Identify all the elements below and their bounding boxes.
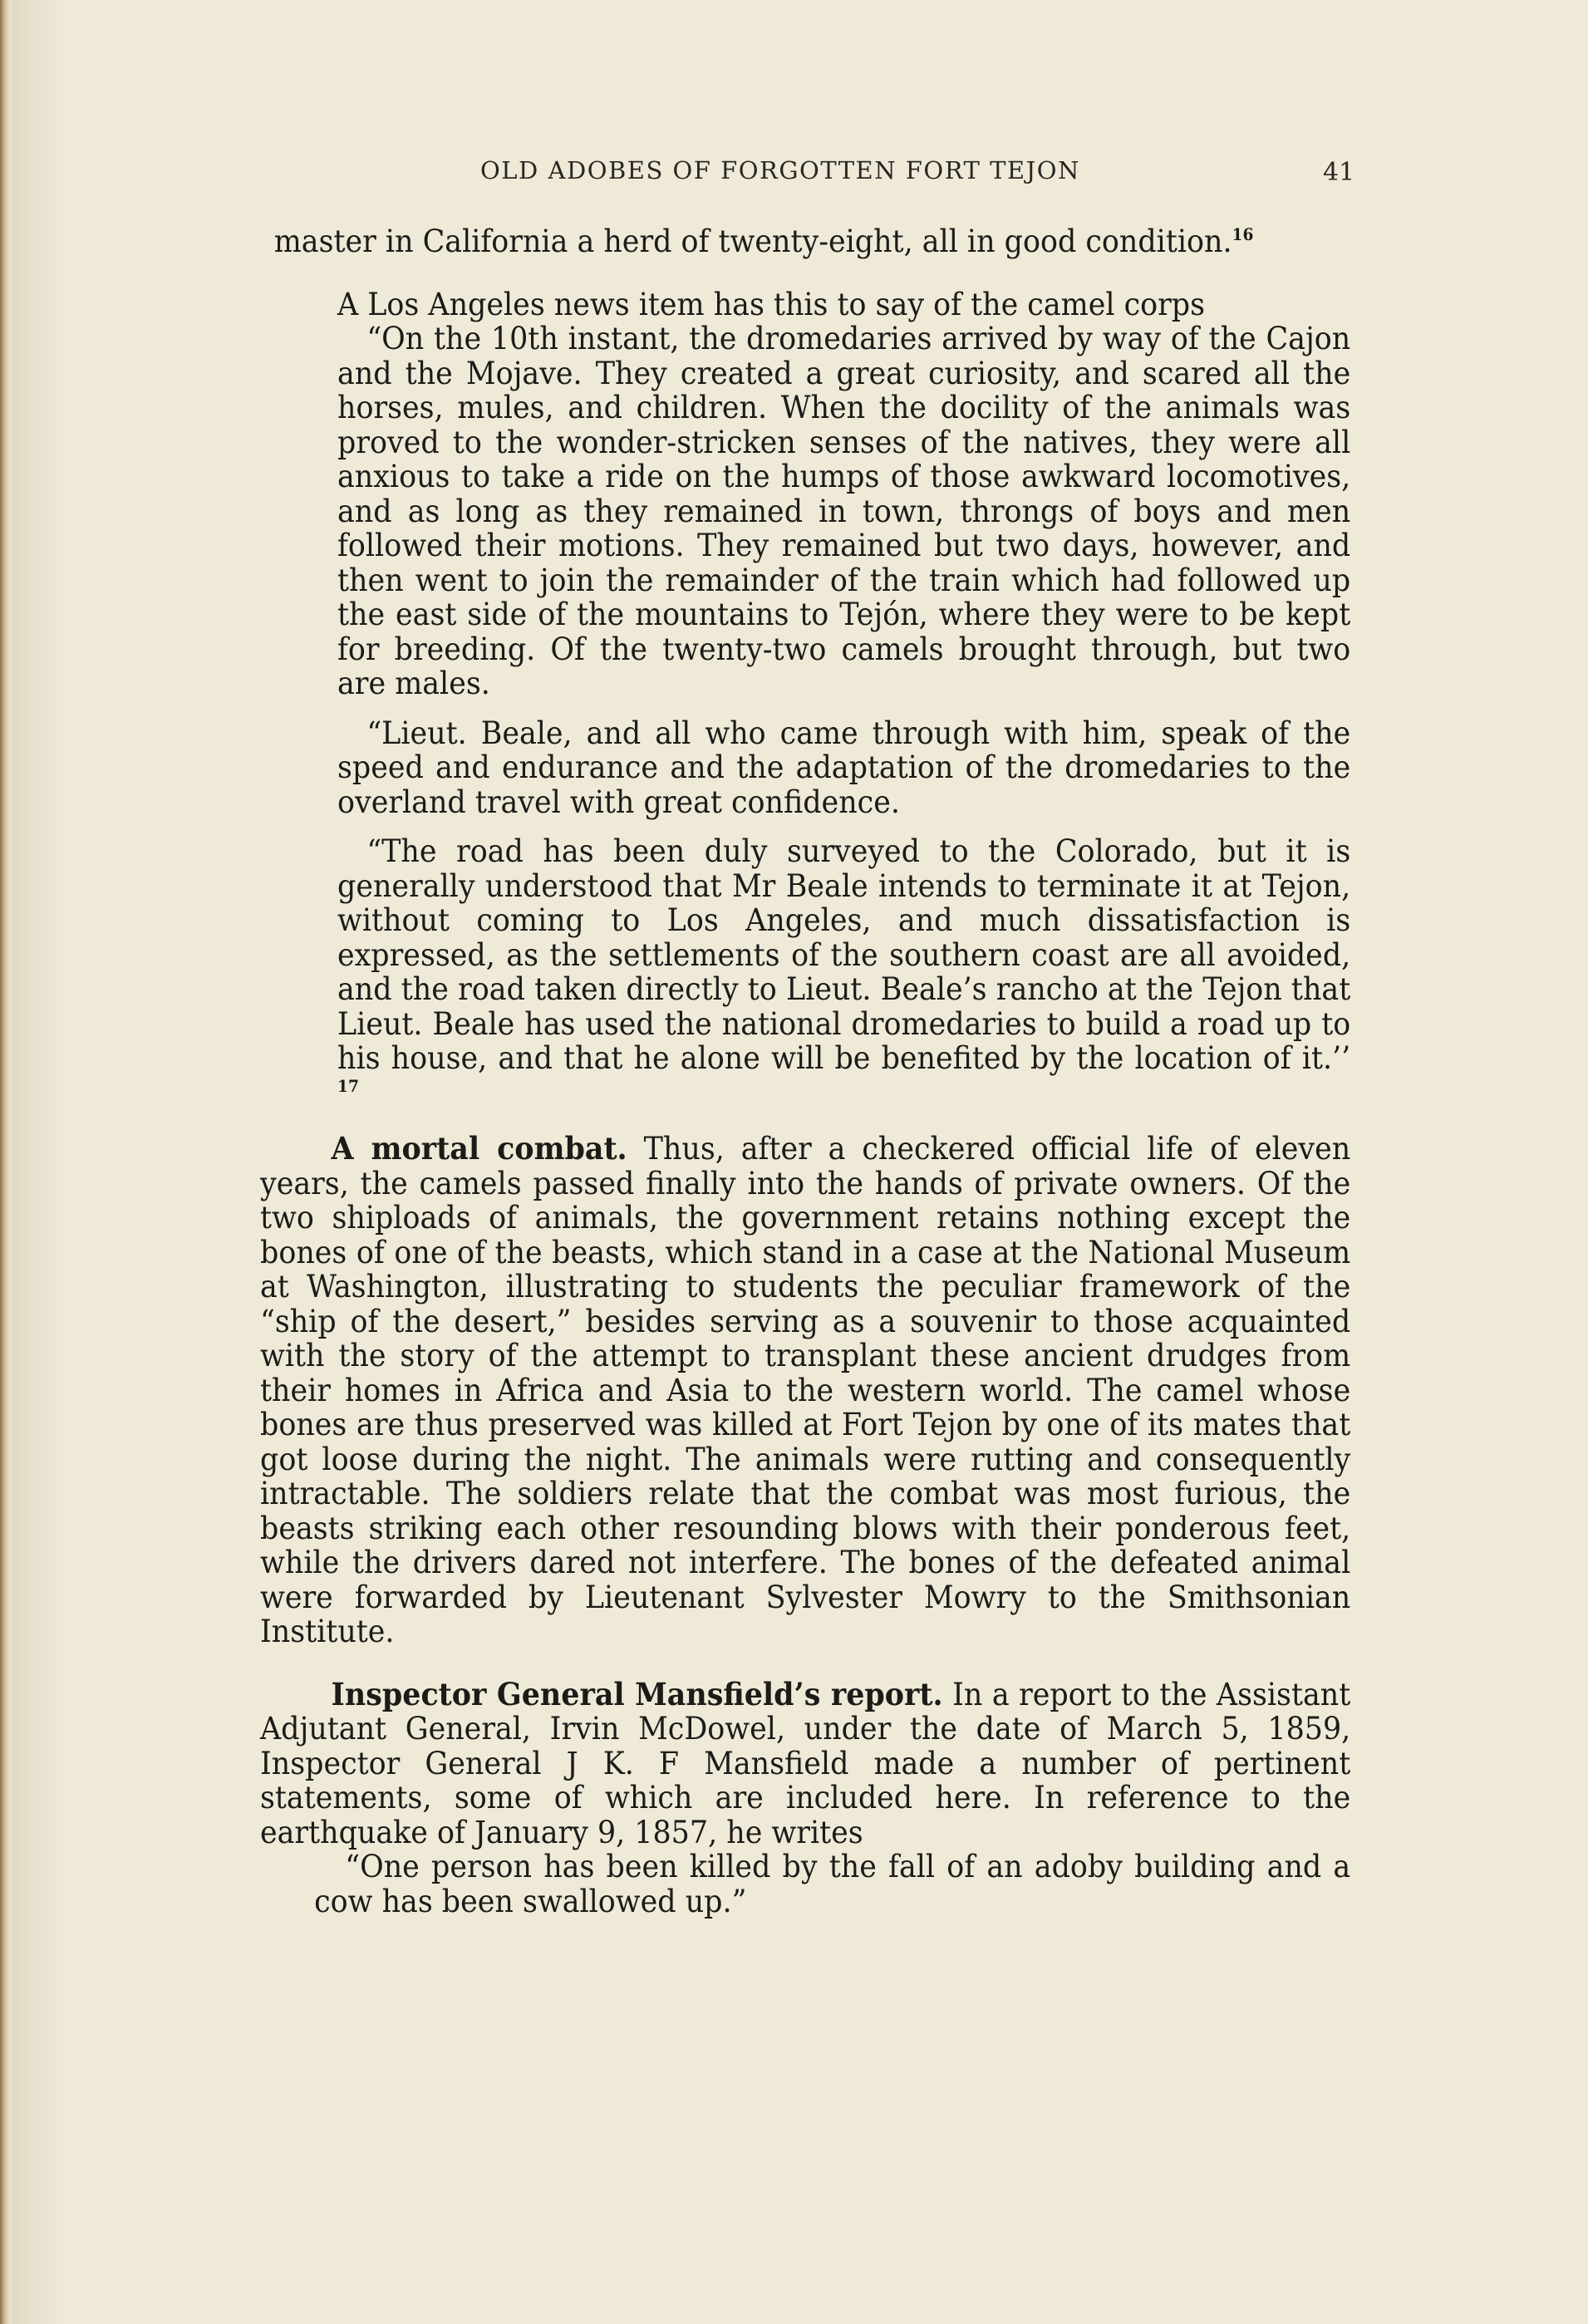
section-mortal-combat: A mortal combat. Thus, after a checkered…	[260, 1132, 1350, 1649]
continued-paragraph-text: master in California a herd of twenty-ei…	[274, 223, 1232, 259]
earthquake-quote-block: “One person has been killed by the fall …	[260, 1850, 1350, 1919]
news-quote-paragraph-1: “On the 10th instant, the dromedaries ar…	[337, 322, 1350, 701]
footnote-ref-17: 17	[337, 1076, 359, 1096]
section-heading-mansfield-report: Inspector General Mansfield’s report.	[332, 1676, 943, 1712]
news-quote-paragraph-2: “Lieut. Beale, and all who came through …	[337, 716, 1350, 820]
running-head: Old Adobes of Forgotten Fort Tejon	[480, 156, 1080, 184]
page-number: 41	[1323, 158, 1354, 187]
spacer	[337, 701, 1350, 716]
continued-paragraph: master in California a herd of twenty-ei…	[260, 224, 1350, 259]
news-item-block: A Los Angeles news item has this to say …	[260, 287, 1350, 1111]
spacer	[260, 1110, 1350, 1132]
spacer	[260, 259, 1350, 287]
news-item-intro: A Los Angeles news item has this to say …	[337, 287, 1350, 322]
news-quote-paragraph-3-text: “The road has been duly surveyed to the …	[337, 833, 1350, 1076]
news-quote-paragraph-3: “The road has been duly surveyed to the …	[337, 834, 1350, 1110]
spacer	[260, 1649, 1350, 1678]
section-heading-mortal-combat: A mortal combat.	[332, 1130, 627, 1167]
section-mansfield-report: Inspector General Mansfield’s report. In…	[260, 1678, 1350, 1850]
page-body: master in California a herd of twenty-ei…	[260, 224, 1350, 1919]
section-mortal-combat-text: Thus, after a checkered official life of…	[260, 1130, 1350, 1649]
earthquake-quote: “One person has been killed by the fall …	[314, 1850, 1350, 1919]
book-binding-edge	[0, 0, 12, 2324]
binding-shadow	[12, 0, 61, 2324]
footnote-ref-16: 16	[1232, 224, 1254, 244]
